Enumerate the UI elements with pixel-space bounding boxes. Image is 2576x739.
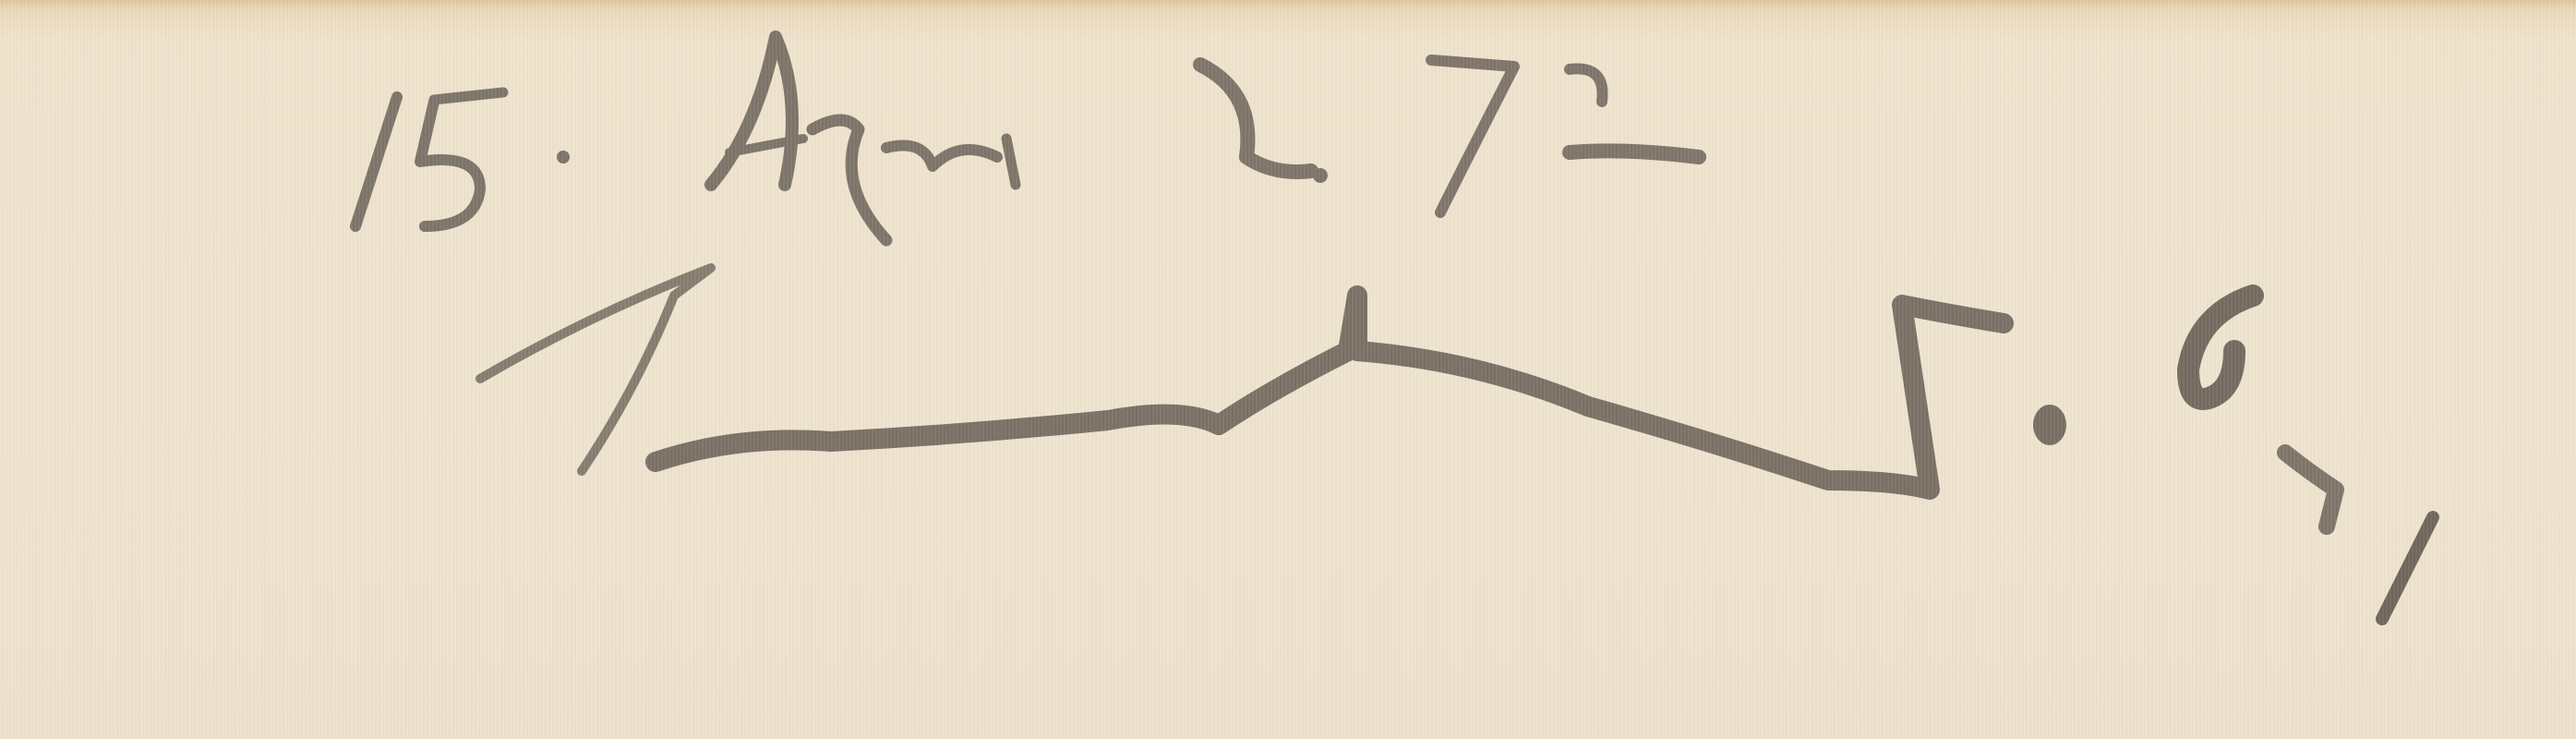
date-inscription	[355, 37, 1699, 240]
handwriting-drawing	[0, 0, 2576, 739]
paper-background: 15 · Avril 72 signature	[0, 0, 2576, 739]
signature-strokes	[480, 268, 2433, 619]
